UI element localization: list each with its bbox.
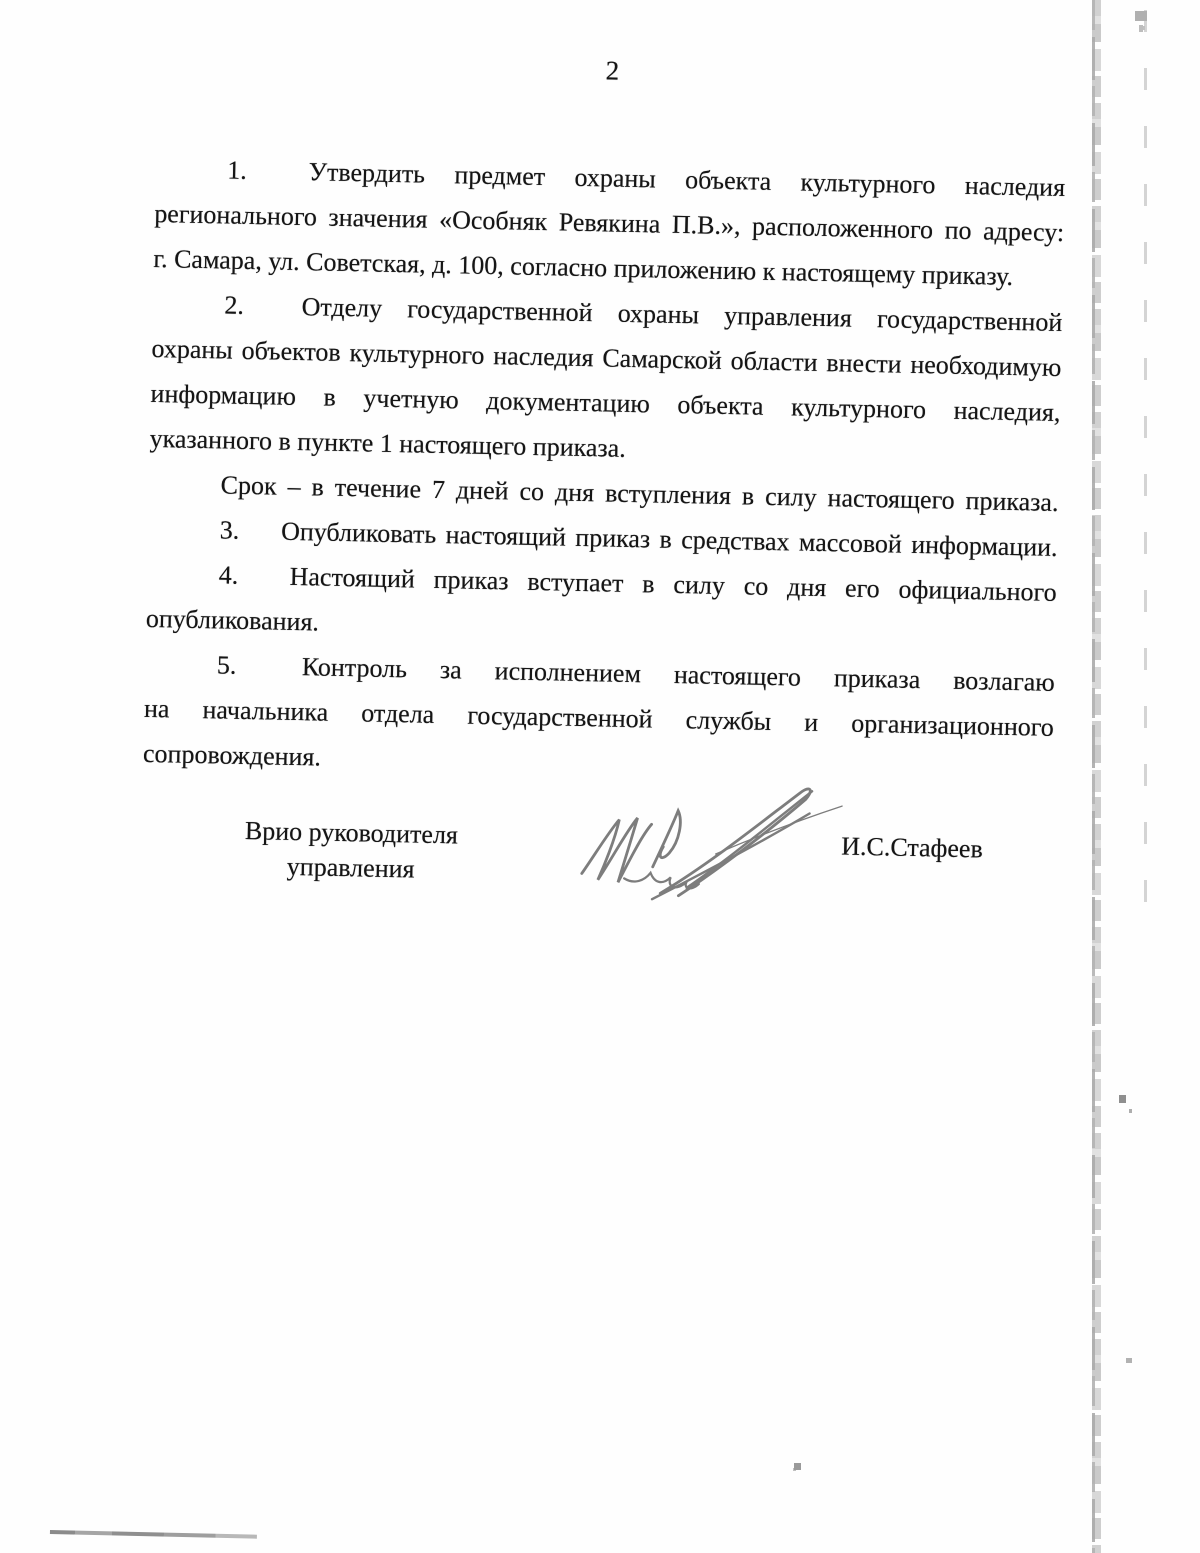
scan-line-bottom-left [50,1530,257,1539]
paragraph-number: 2. [224,282,277,328]
scan-noise-strip-right-2 [1144,10,1147,910]
signature-stroke [660,786,810,899]
signer-title-line-1: Врио руководителя [205,812,498,853]
signature-stroke [582,817,652,883]
paragraph-number: 1. [227,147,280,193]
scan-smudge-top-right-2 [1139,25,1143,32]
paragraph: 1. Утвердить предмет охраны объекта куль… [153,146,1066,300]
document-body: 1. Утвердить предмет охраны объекта куль… [143,146,1066,795]
page-number: 2 [157,40,1068,105]
paragraph-number: 4. [218,552,271,598]
scan-smudge-top-right [1135,11,1147,21]
signer-title: Врио руководителя управления [204,812,497,888]
signer-title-line-2: управления [204,847,497,888]
scan-noise-strip-right-core [1092,0,1095,1553]
handwritten-signature [567,771,846,911]
page-content: 2 1. Утвердить предмет охраны объекта ку… [143,40,1068,795]
paragraph: 2. Отделу государственной охраны управле… [149,281,1063,480]
scanned-page-sheet: 2 1. Утвердить предмет охраны объекта ку… [0,0,1200,1553]
paragraph-number: 3. [219,507,272,553]
scan-speck-right-lower [1126,1358,1132,1363]
paragraph-number: 5. [216,642,269,688]
signature-stroke [653,810,681,867]
scan-speck-bottom-center [794,1463,801,1470]
signer-name: И.С.Стафеев [841,831,983,864]
scan-speck-right-middle [1119,1095,1126,1103]
